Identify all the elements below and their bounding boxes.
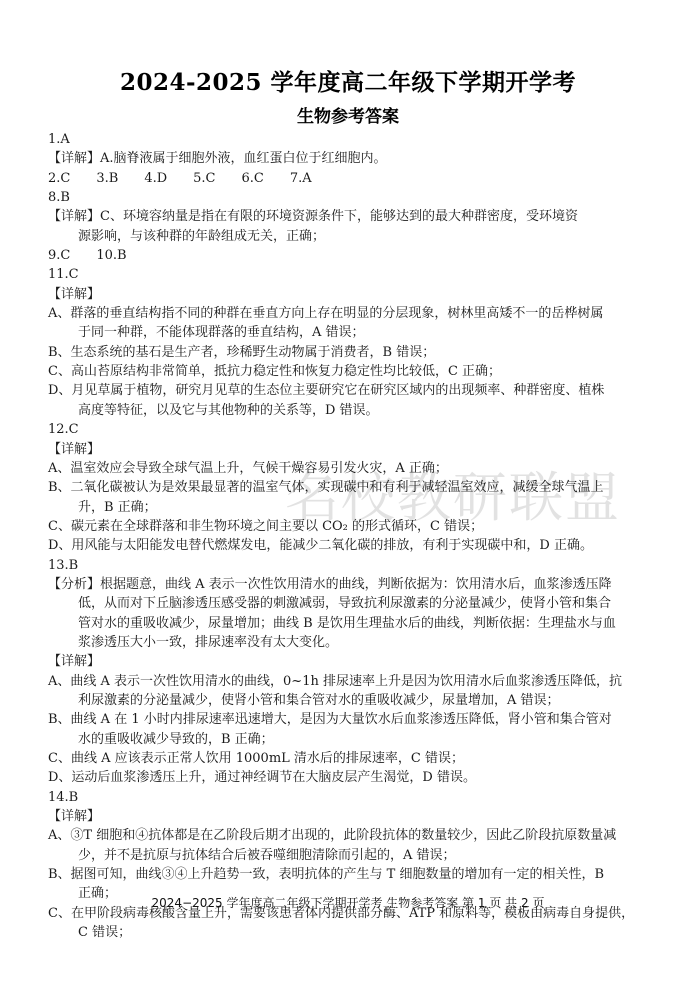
document-line: 13.B bbox=[48, 556, 664, 575]
document-line: 【详解】A.脑脊液属于细胞外液，血红蛋白位于红细胞内。 bbox=[48, 149, 664, 168]
document-line: 1.A bbox=[48, 130, 664, 149]
document-line: B、生态系统的基石是生产者，珍稀野生动物属于消费者，B 错误； bbox=[48, 343, 664, 362]
answer-item: 9.C bbox=[48, 246, 70, 265]
document-line: 【分析】根据题意，曲线 A 表示一次性饮用清水的曲线，判断依据为：饮用清水后，血… bbox=[48, 575, 664, 594]
document-line: B、据图可知，曲线③④上升趋势一致，表明抗体的产生与 T 细胞数量的增加有一定的… bbox=[48, 865, 664, 884]
explanation-continuation: C 错误； bbox=[48, 923, 664, 942]
explanation-continuation: 高度等特征，以及它与其他物种的关系等，D 错误。 bbox=[48, 401, 664, 420]
document-line: 【详解】 bbox=[48, 440, 664, 459]
document-line: 11.C bbox=[48, 265, 664, 284]
answer-item: 10.B bbox=[96, 246, 126, 265]
answer-item: 4.D bbox=[144, 169, 167, 188]
document-line: A、③T 细胞和④抗体都是在乙阶段后期才出现的，此阶段抗体的数量较少，因此乙阶段… bbox=[48, 826, 664, 845]
document-line: 14.B bbox=[48, 788, 664, 807]
document-line: 【详解】C、环境容纳量是指在有限的环境资源条件下，能够达到的最大种群密度，受环境… bbox=[48, 207, 664, 226]
document-line: 【详解】 bbox=[48, 285, 664, 304]
document-line: A、温室效应会导致全球气温上升，气候干燥容易引发火灾，A 正确； bbox=[48, 459, 664, 478]
explanation-continuation: 管对水的重吸收减少，尿量增加；曲线 B 是饮用生理盐水后的曲线，判断依据：生理盐… bbox=[48, 614, 664, 633]
answer-row: 9.C10.B bbox=[48, 246, 664, 265]
answer-item: 2.C bbox=[48, 169, 70, 188]
answer-key-page: 名校教研联盟 2024-2025 学年度高二年级下学期开学考 生物参考答案 1.… bbox=[0, 0, 696, 983]
page-title: 2024-2025 学年度高二年级下学期开学考 bbox=[0, 64, 696, 97]
document-line: D、运动后血浆渗透压上升，通过神经调节在大脑皮层产生渴觉，D 错误。 bbox=[48, 768, 664, 787]
page-subtitle: 生物参考答案 bbox=[0, 102, 696, 127]
document-line: D、用风能与太阳能发电替代燃煤发电，能减少二氧化碳的排放，有利于实现碳中和，D … bbox=[48, 536, 664, 555]
explanation-continuation: 浆渗透压大小一致，排尿速率没有太大变化。 bbox=[48, 633, 664, 652]
answer-content: 1.A【详解】A.脑脊液属于细胞外液，血红蛋白位于红细胞内。2.C3.B4.D5… bbox=[48, 130, 664, 942]
document-line: C、曲线 A 应该表示正常人饮用 1000mL 清水后的排尿速率，C 错误； bbox=[48, 749, 664, 768]
explanation-continuation: 升，B 正确； bbox=[48, 498, 664, 517]
document-line: C、在甲阶段病毒核酸含量上升，需要该患者体内提供部分酶、ATP 和原料等，模板由… bbox=[48, 904, 664, 923]
explanation-continuation: 少，并不是抗原与抗体结合后被吞噬细胞清除而引起的，A 错误； bbox=[48, 846, 664, 865]
explanation-continuation: 水的重吸收减少导致的，B 正确； bbox=[48, 730, 664, 749]
answer-item: 7.A bbox=[290, 169, 312, 188]
document-line: B、曲线 A 在 1 小时内排尿速率迅速增大，是因为大量饮水后血浆渗透压降低，肾… bbox=[48, 710, 664, 729]
answer-row: 2.C3.B4.D5.C6.C7.A bbox=[48, 169, 664, 188]
document-line: 【详解】 bbox=[48, 652, 664, 671]
answer-item: 5.C bbox=[193, 169, 215, 188]
explanation-continuation: 利尿激素的分泌量减少，使肾小管和集合管对水的重吸收减少，尿量增加，A 错误； bbox=[48, 691, 664, 710]
document-line: A、群落的垂直结构指不同的种群在垂直方向上存在明显的分层现象，树林里高矮不一的岳… bbox=[48, 304, 664, 323]
answer-item: 3.B bbox=[96, 169, 118, 188]
document-line: 12.C bbox=[48, 420, 664, 439]
answer-item: 6.C bbox=[242, 169, 264, 188]
explanation-continuation: 低，从而对下丘脑渗透压感受器的刺激减弱，导致抗利尿激素的分泌量减少，使肾小管和集… bbox=[48, 594, 664, 613]
document-line: A、曲线 A 表示一次性饮用清水的曲线，0~1h 排尿速率上升是因为饮用清水后血… bbox=[48, 672, 664, 691]
document-line: 8.B bbox=[48, 188, 664, 207]
explanation-continuation: 源影响，与该种群的年龄组成无关，正确； bbox=[48, 227, 664, 246]
explanation-continuation: 正确； bbox=[48, 884, 664, 903]
document-line: B、二氧化碳被认为是效果最显著的温室气体，实现碳中和有利于减轻温室效应，减缓全球… bbox=[48, 478, 664, 497]
document-line: D、月见草属于植物，研究月见草的生态位主要研究它在研究区域内的出现频率、种群密度… bbox=[48, 381, 664, 400]
document-line: 【详解】 bbox=[48, 807, 664, 826]
document-line: C、碳元素在全球群落和非生物环境之间主要以 CO₂ 的形式循环，C 错误； bbox=[48, 517, 664, 536]
explanation-continuation: 于同一种群，不能体现群落的垂直结构，A 错误； bbox=[48, 323, 664, 342]
document-line: C、高山苔原结构非常简单，抵抗力稳定性和恢复力稳定性均比较低，C 正确； bbox=[48, 362, 664, 381]
